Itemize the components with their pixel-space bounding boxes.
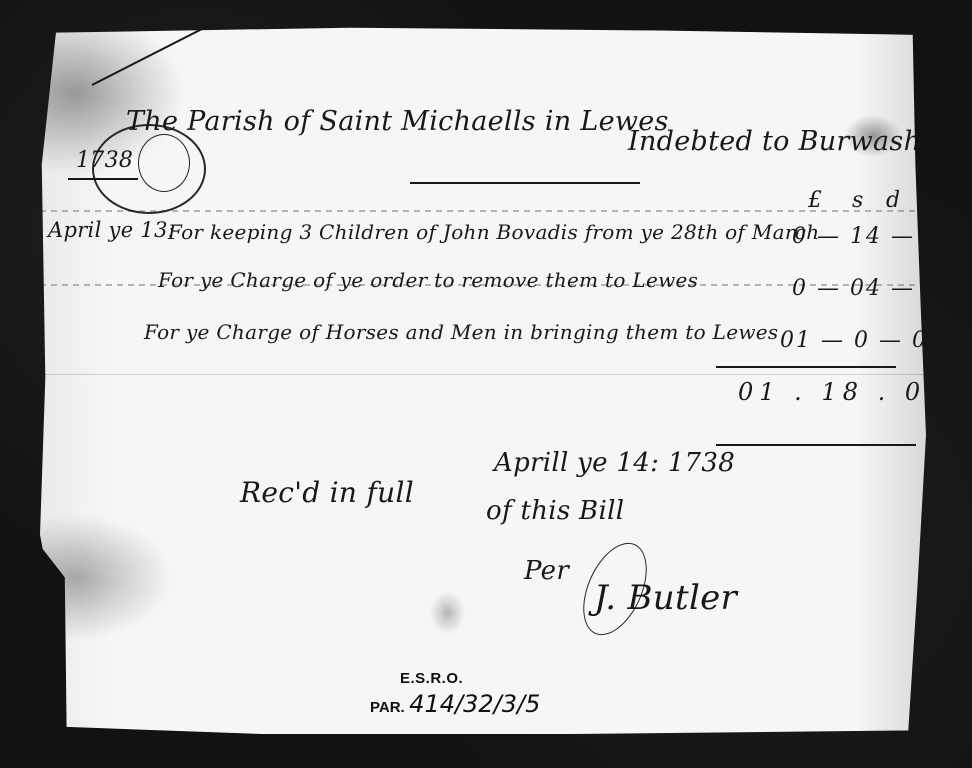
total-rule	[716, 366, 896, 368]
document-sheet: 1738 The Parish of Saint Michaells in Le…	[40, 22, 926, 734]
receipt-received: Rec'd in full	[240, 476, 414, 509]
archive-ref-number: 414/32/3/5	[409, 690, 540, 718]
entry-amount: 01 — 0 — 0	[780, 328, 928, 353]
fold-line	[40, 374, 926, 375]
archive-stamp-reference: PAR. 414/32/3/5	[370, 690, 540, 718]
column-header-shillings: s	[852, 188, 864, 213]
signature: J. Butler	[594, 578, 737, 618]
margin-year-underline	[68, 178, 138, 180]
entry-description: For ye Charge of Horses and Men in bring…	[144, 320, 778, 344]
margin-year: 1738	[76, 148, 133, 173]
bill-total: 01 . 18 . 0	[738, 378, 926, 406]
entry-date: April ye 13:	[48, 218, 175, 242]
total-bottom-rule	[716, 444, 916, 446]
entry-amount: 0 — 04 — 0	[792, 276, 940, 301]
receipt-date: Aprill ye 14: 1738	[494, 448, 735, 478]
archive-stamp-org: E.S.R.O.	[400, 670, 463, 687]
column-header-pounds: £	[808, 188, 822, 213]
heading-underline	[410, 182, 640, 184]
receipt-per: Per	[524, 556, 569, 586]
fold-line	[40, 210, 926, 212]
entry-description: For ye Charge of ye order to remove them…	[158, 268, 698, 292]
receipt-of-bill: of this Bill	[486, 496, 624, 526]
flourish-loop-inner	[138, 134, 190, 192]
heading-parish: The Parish of Saint Michaells in Lewes	[126, 106, 669, 137]
column-header-pence: d	[886, 188, 900, 213]
entry-description: For keeping 3 Children of John Bovadis f…	[168, 220, 819, 244]
archive-ref-label: PAR.	[370, 699, 405, 716]
heading-indebted: Indebted to Burwash	[628, 126, 921, 157]
